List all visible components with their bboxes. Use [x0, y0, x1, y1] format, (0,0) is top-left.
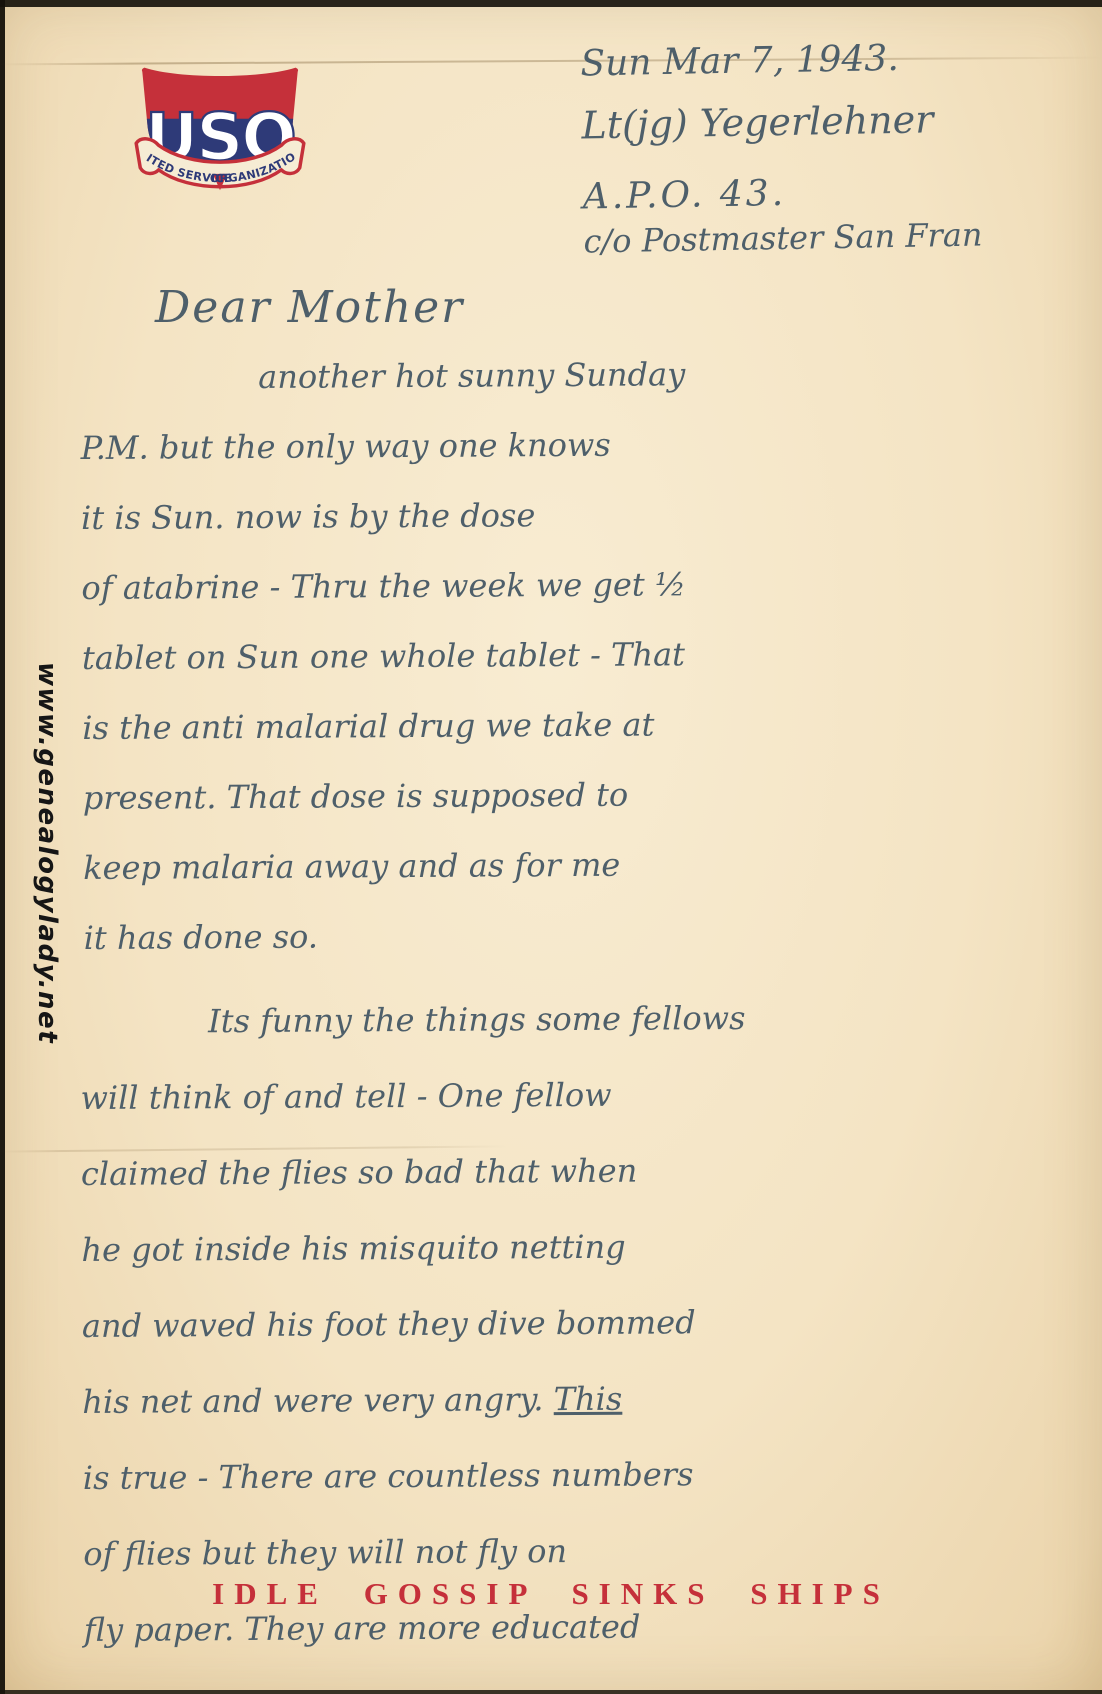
scan-edge-bottom [0, 1690, 1102, 1694]
handwritten-line: present. That dose is supposed to [83, 773, 1073, 849]
handwritten-line: his net and were very angry. This [82, 1377, 1072, 1459]
handwritten-line: tablet on Sun one whole tablet - That [82, 633, 1072, 709]
handwritten-line: will think of and tell - One fellow [80, 1073, 1070, 1155]
apo-line: A.P.O. 43. [582, 170, 982, 223]
handwritten-line: it has done so. [84, 913, 1074, 989]
handwritten-line: fly paper. They are more educated [84, 1605, 1074, 1687]
handwritten-line: is the anti malarial drug we take at [82, 703, 1072, 779]
handwritten-line: it is Sun. now is by the dose [81, 493, 1071, 569]
scan-edge-left [0, 0, 5, 1694]
underlined-word: This [554, 1380, 623, 1418]
handwritten-line: of atabrine - Thru the week we get ½ [81, 563, 1071, 639]
handwritten-line: P.M. but the only way one knows [81, 423, 1071, 499]
handwritten-line: and waved his foot they dive bommed [82, 1301, 1072, 1383]
paragraph-1: another hot sunny Sunday P.M. but the on… [80, 353, 1074, 989]
letter-scan: www.genealogylady.net USO UNITED SERVICE… [0, 0, 1102, 1694]
handwritten-line: he got inside his misquito netting [81, 1225, 1071, 1307]
salutation: Dear Mother [155, 282, 464, 333]
date-line: Sun Mar 7, 1943. [580, 37, 980, 104]
handwritten-line: Its funny the things some fellows [80, 997, 1070, 1079]
postmaster-line: c/o Postmaster San Fran [583, 216, 983, 269]
uso-logo: USO UNITED SERVICE ORGANIZATIONS [128, 58, 312, 204]
handwritten-line: keep malaria away and as for me [83, 843, 1073, 919]
letter-heading: Sun Mar 7, 1943. Lt(jg) Yegerlehner A.P.… [580, 37, 983, 269]
scan-edge-top [0, 0, 1102, 7]
handwritten-line: another hot sunny Sunday [80, 353, 1070, 429]
handwritten-line: claimed the flies so bad that when [81, 1149, 1071, 1231]
watermark-genealogylady: www.genealogylady.net [32, 662, 62, 1044]
sender-line: Lt(jg) Yegerlehner [581, 97, 981, 177]
handwritten-line: is true - There are countless numbers [83, 1453, 1073, 1535]
handwritten-text: his net and were very angry. [82, 1380, 554, 1421]
slogan-idle-gossip: IDLE GOSSIP SINKS SHIPS [0, 1576, 1102, 1612]
